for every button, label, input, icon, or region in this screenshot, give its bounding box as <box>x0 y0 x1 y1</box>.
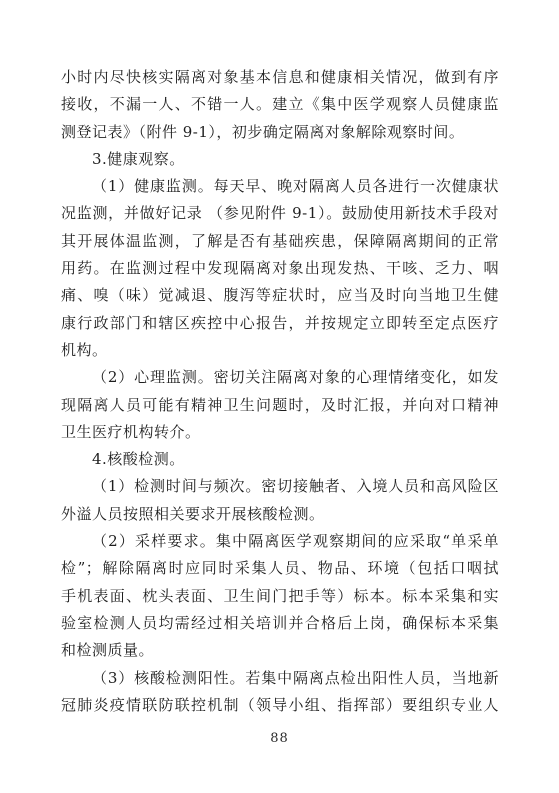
text-line: 小时内尽快核实隔离对象基本信息和健康相关情况，做到有序 <box>61 64 499 91</box>
text-line: 况监测，并做好记录 （参见附件 9-1）。鼓励使用新技术手段对 <box>61 200 499 227</box>
text-line: （2）采样要求。集中隔离医学观察期间的应采取“单采单 <box>61 528 499 555</box>
page-number: 88 <box>0 731 559 746</box>
text-line: （2）心理监测。密切关注隔离对象的心理情绪变化，如发 <box>61 364 499 391</box>
text-line: 痛、嗅（味）觉减退、腹泻等症状时，应当及时向当地卫生健 <box>61 282 499 309</box>
text-line: 机构。 <box>61 337 499 364</box>
paragraph: 小时内尽快核实隔离对象基本信息和健康相关情况，做到有序接收，不漏一人、不错一人。… <box>61 64 499 146</box>
paragraph: （1）健康监测。每天早、晚对隔离人员各进行一次健康状况监测，并做好记录 （参见附… <box>61 173 499 364</box>
text-line: 检”；解除隔离时应同时采集人员、物品、环境（包括口咽拭子、 <box>61 555 499 582</box>
text-line: 其开展体温监测，了解是否有基础疾患，保障隔离期间的正常 <box>61 228 499 255</box>
text-line: 和检测质量。 <box>61 637 499 664</box>
text-line: 康行政部门和辖区疾控中心报告，并按规定立即转至定点医疗 <box>61 310 499 337</box>
text-line: 4.核酸检测。 <box>61 446 499 473</box>
text-line: 用药。在监测过程中发现隔离对象出现发热、干咳、乏力、咽 <box>61 255 499 282</box>
paragraph: （3）核酸检测阳性。若集中隔离点检出阳性人员，当地新冠肺炎疫情联防联控机制（领导… <box>61 665 499 720</box>
paragraph: （2）采样要求。集中隔离医学观察期间的应采取“单采单检”；解除隔离时应同时采集人… <box>61 528 499 664</box>
document-page: 小时内尽快核实隔离对象基本信息和健康相关情况，做到有序接收，不漏一人、不错一人。… <box>0 0 559 793</box>
text-line: 手机表面、枕头表面、卫生间门把手等）标本。标本采集和实 <box>61 583 499 610</box>
paragraph: （2）心理监测。密切关注隔离对象的心理情绪变化，如发现隔离人员可能有精神卫生问题… <box>61 364 499 446</box>
text-line: （3）核酸检测阳性。若集中隔离点检出阳性人员，当地新 <box>61 665 499 692</box>
text-line: 接收，不漏一人、不错一人。建立《集中医学观察人员健康监 <box>61 91 499 118</box>
text-line: 卫生医疗机构转介。 <box>61 419 499 446</box>
text-line: （1）健康监测。每天早、晚对隔离人员各进行一次健康状 <box>61 173 499 200</box>
paragraph: 4.核酸检测。 <box>61 446 499 473</box>
paragraph: 3.健康观察。 <box>61 146 499 173</box>
text-line: 3.健康观察。 <box>61 146 499 173</box>
text-line: 冠肺炎疫情联防联控机制（领导小组、指挥部）要组织专业人 <box>61 692 499 719</box>
text-line: 现隔离人员可能有精神卫生问题时，及时汇报，并向对口精神 <box>61 392 499 419</box>
text-line: （1）检测时间与频次。密切接触者、入境人员和高风险区 <box>61 473 499 500</box>
text-line: 测登记表》（附件 9-1），初步确定隔离对象解除观察时间。 <box>61 119 499 146</box>
text-line: 验室检测人员均需经过相关培训并合格后上岗，确保标本采集 <box>61 610 499 637</box>
paragraph: （1）检测时间与频次。密切接触者、入境人员和高风险区外溢人员按照相关要求开展核酸… <box>61 473 499 528</box>
text-line: 外溢人员按照相关要求开展核酸检测。 <box>61 501 499 528</box>
document-body: 小时内尽快核实隔离对象基本信息和健康相关情况，做到有序接收，不漏一人、不错一人。… <box>61 64 499 719</box>
